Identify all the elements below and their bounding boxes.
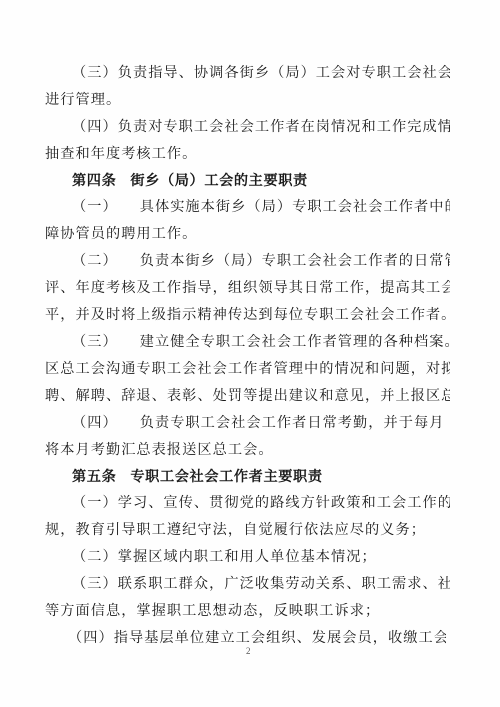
paragraph-line: （四）负责专职工会社会工作者日常考勤，并于每月 26 日前 xyxy=(72,413,450,433)
paragraph-line: 等方面信息，掌握职工思想动态，反映职工诉求； xyxy=(45,601,450,621)
paragraph-line: 评、年度考核及工作指导，组织领导其日常工作，提高其工会业务水 xyxy=(45,278,450,298)
paragraph-line: 障协管员的聘用工作。 xyxy=(45,224,450,244)
document-page: （三）负责指导、协调各街乡（局）工会对专职工会社会工作者 进行管理。 （四）负责… xyxy=(0,0,500,707)
article-title: 专职工会社会工作者主要职责 xyxy=(130,469,322,485)
article-number: 第五条 xyxy=(72,469,116,485)
paragraph-line: 将本月考勤汇总表报送区总工会。 xyxy=(45,440,450,460)
paragraph-line: 聘、解聘、辞退、表彰、处罚等提出建议和意见，并上报区总工会。 xyxy=(45,386,450,406)
paragraph-line: 抽查和年度考核工作。 xyxy=(45,144,450,164)
paragraph-line: （二）掌握区域内职工和用人单位基本情况； xyxy=(72,547,450,567)
page-number: 2 xyxy=(246,646,251,656)
paragraph-line: 区总工会沟通专职工会社会工作者管理中的情况和问题，对拟聘、续 xyxy=(45,359,450,379)
paragraph-line: （三）建立健全专职工会社会工作者管理的各种档案。及时与 xyxy=(72,332,450,352)
paragraph-line: （一）学习、宣传、贯彻党的路线方针政策和工会工作的法律法 xyxy=(72,493,450,513)
item-label: （一） xyxy=(72,199,118,215)
item-label: （二） xyxy=(72,253,118,269)
item-label: （四） xyxy=(72,415,118,431)
paragraph-line: （四）负责对专职工会社会工作者在岗情况和工作完成情况进行 xyxy=(72,117,450,137)
paragraph-line: 平，并及时将上级指示精神传达到每位专职工会社会工作者。 xyxy=(45,305,450,325)
paragraph-line: 规，教育引导职工遵纪守法，自觉履行依法应尽的义务； xyxy=(45,520,450,540)
item-text: 具体实施本街乡（局）专职工会社会工作者中的劳动保 xyxy=(140,199,450,215)
article-title: 街乡（局）工会的主要职责 xyxy=(130,173,307,189)
article-number: 第四条 xyxy=(72,173,116,189)
paragraph-line: （四）指导基层单位建立工会组织、发展会员，收缴工会经费； xyxy=(68,628,446,648)
paragraph-line: （一）具体实施本街乡（局）专职工会社会工作者中的劳动保 xyxy=(72,197,450,217)
item-text: 建立健全专职工会社会工作者管理的各种档案。及时与 xyxy=(140,334,450,350)
article-heading-4: 第四条街乡（局）工会的主要职责 xyxy=(72,171,477,191)
paragraph-line: 进行管理。 xyxy=(45,90,450,110)
paragraph-line: （三）负责指导、协调各街乡（局）工会对专职工会社会工作者 xyxy=(72,63,450,83)
item-label: （三） xyxy=(72,334,118,350)
item-text: 负责本街乡（局）专职工会社会工作者的日常管理、考 xyxy=(140,253,450,269)
item-text: 负责专职工会社会工作者日常考勤，并于每月 26 日前 xyxy=(140,415,450,431)
paragraph-line: （三）联系职工群众，广泛收集劳动关系、职工需求、社情民意 xyxy=(72,574,450,594)
article-heading-5: 第五条专职工会社会工作者主要职责 xyxy=(72,467,477,487)
paragraph-line: （二）负责本街乡（局）专职工会社会工作者的日常管理、考 xyxy=(72,251,450,271)
